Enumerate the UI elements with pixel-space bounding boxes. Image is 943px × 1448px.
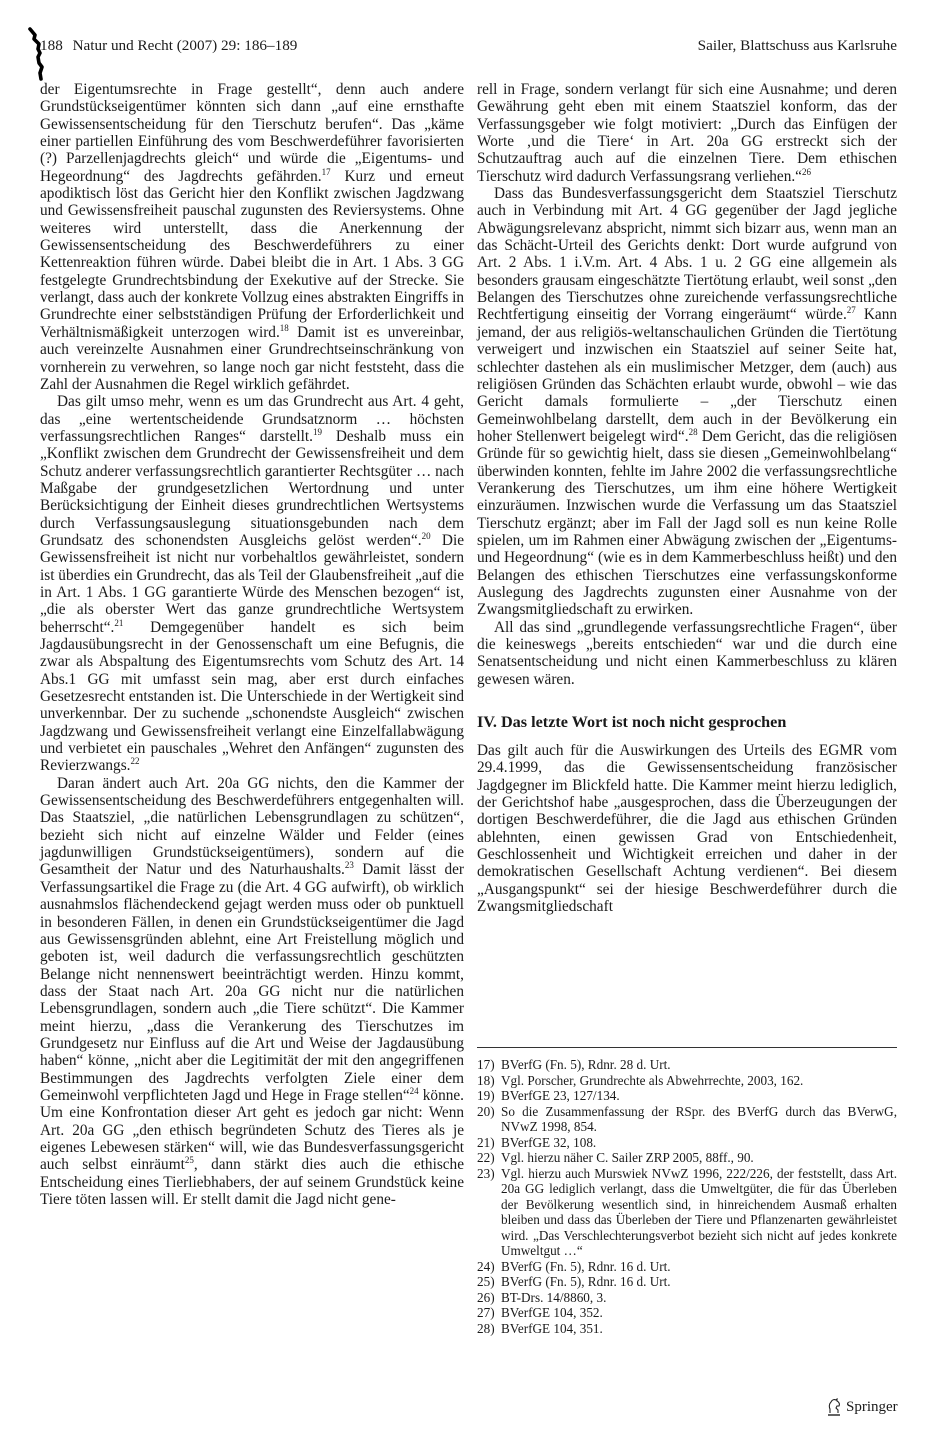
body-paragraph: Das gilt umso mehr, wenn es um das Grund… <box>40 393 464 775</box>
right-column-body-after-heading: Das gilt auch für die Auswirkungen des U… <box>477 742 897 915</box>
footnote-item: 27)BVerfGE 104, 352. <box>477 1305 897 1321</box>
footnote-reference: 26 <box>802 167 811 177</box>
springer-horse-logo-icon <box>826 1398 842 1416</box>
left-text-column: der Eigentumsrechte in Frage gestellt“, … <box>40 81 464 1208</box>
footnote-text: BT-Drs. 14/8860, 3. <box>501 1290 897 1306</box>
paragraph-text: Kurz und erneut apodiktisch löst das Ger… <box>40 168 464 341</box>
paragraph-text: Kann jemand, der aus religiös-weltanscha… <box>477 306 897 444</box>
footnote-item: 18)Vgl. Porscher, Grundrechte als Abwehr… <box>477 1073 897 1089</box>
footnote-item: 21)BVerfGE 32, 108. <box>477 1135 897 1151</box>
footnote-text: BVerfGE 32, 108. <box>501 1135 897 1151</box>
body-paragraph: Das gilt auch für die Auswirkungen des U… <box>477 742 897 915</box>
footnote-reference: 22 <box>130 756 139 766</box>
footnote-text: BVerfG (Fn. 5), Rdnr. 28 d. Urt. <box>501 1057 897 1073</box>
body-paragraph: Daran ändert auch Art. 20a GG nichts, de… <box>40 775 464 1209</box>
body-paragraph: Dass das Bundesverfassungsgericht dem St… <box>477 185 897 619</box>
footnote-text: Vgl. hierzu auch Murswiek NVwZ 1996, 222… <box>501 1166 897 1259</box>
footnote-number: 17) <box>477 1057 501 1073</box>
footnote-number: 18) <box>477 1073 501 1089</box>
footnote-number: 24) <box>477 1259 501 1275</box>
footnote-text: Vgl. Porscher, Grundrechte als Abwehrrec… <box>501 1073 897 1089</box>
footnote-number: 19) <box>477 1088 501 1104</box>
journal-citation: Natur und Recht (2007) 29: 186–189 <box>73 37 298 54</box>
footnote-number: 21) <box>477 1135 501 1151</box>
page-number: 188 <box>40 37 63 54</box>
footnote-divider <box>477 1047 897 1048</box>
footnote-reference: 21 <box>114 618 123 628</box>
footnote-reference: 23 <box>345 860 354 870</box>
footnote-reference: 25 <box>185 1155 194 1165</box>
footnote-text: Vgl. hierzu näher C. Sailer ZRP 2005, 88… <box>501 1150 897 1166</box>
publisher-name: Springer <box>846 1399 898 1416</box>
footnote-text: BVerfGE 104, 351. <box>501 1321 897 1337</box>
footnote-item: 25)BVerfG (Fn. 5), Rdnr. 16 d. Urt. <box>477 1274 897 1290</box>
footnote-text: BVerfG (Fn. 5), Rdnr. 16 d. Urt. <box>501 1259 897 1275</box>
footnote-item: 28)BVerfGE 104, 351. <box>477 1321 897 1337</box>
footnote-text: So die Zusammenfassung der RSpr. des BVe… <box>501 1104 897 1135</box>
footnote-item: 17)BVerfG (Fn. 5), Rdnr. 28 d. Urt. <box>477 1057 897 1073</box>
header-left: 188 Natur und Recht (2007) 29: 186–189 <box>40 36 303 56</box>
footnote-reference: 24 <box>410 1086 419 1096</box>
paragraph-text: Deshalb muss ein „Konflikt zwischen dem … <box>40 428 464 549</box>
footnote-number: 22) <box>477 1150 501 1166</box>
paragraph-text: rell in Frage, sondern verlangt für sich… <box>477 81 897 185</box>
section-heading: IV. Das letzte Wort ist noch nicht gespr… <box>477 712 897 732</box>
body-paragraph: All das sind „grundlegende verfassungsre… <box>477 619 897 688</box>
right-column-body-before-heading: rell in Frage, sondern verlangt für sich… <box>477 81 897 688</box>
footnote-text: BVerfGE 104, 352. <box>501 1305 897 1321</box>
footnote-number: 23) <box>477 1166 501 1259</box>
footnote-text: BVerfGE 23, 127/134. <box>501 1088 897 1104</box>
running-header: 188 Natur und Recht (2007) 29: 186–189 S… <box>40 36 897 56</box>
footnote-item: 19)BVerfGE 23, 127/134. <box>477 1088 897 1104</box>
footnote-item: 20)So die Zusammenfassung der RSpr. des … <box>477 1104 897 1135</box>
paragraph-text: Dass das Bundesverfassungsgericht dem St… <box>477 185 897 323</box>
footnote-reference: 19 <box>313 427 322 437</box>
footnotes-list: 17)BVerfG (Fn. 5), Rdnr. 28 d. Urt.18)Vg… <box>477 1057 897 1336</box>
footnote-number: 25) <box>477 1274 501 1290</box>
body-paragraph: der Eigentumsrechte in Frage gestellt“, … <box>40 81 464 393</box>
footnote-reference: 20 <box>422 531 431 541</box>
paragraph-text: Demgegenüber handelt es sich beim Jagdau… <box>40 619 464 775</box>
footnote-number: 27) <box>477 1305 501 1321</box>
footnote-reference: 27 <box>847 305 856 315</box>
running-title: Sailer, Blattschuss aus Karlsruhe <box>698 36 897 56</box>
footnote-text: BVerfG (Fn. 5), Rdnr. 16 d. Urt. <box>501 1274 897 1290</box>
right-text-column: rell in Frage, sondern verlangt für sich… <box>477 81 897 915</box>
paragraph-text: Dem Gericht, das die religiösen Gründe f… <box>477 428 897 618</box>
footnote-reference: 28 <box>689 427 698 437</box>
footnote-number: 28) <box>477 1321 501 1337</box>
footnote-item: 23)Vgl. hierzu auch Murswiek NVwZ 1996, … <box>477 1166 897 1259</box>
footnote-number: 20) <box>477 1104 501 1135</box>
paragraph-text: All das sind „grundlegende verfassungsre… <box>477 619 897 688</box>
footnote-item: 24)BVerfG (Fn. 5), Rdnr. 16 d. Urt. <box>477 1259 897 1275</box>
body-paragraph: rell in Frage, sondern verlangt für sich… <box>477 81 897 185</box>
paragraph-text: Damit lässt der Verfassungsartikel die F… <box>40 861 464 1103</box>
footnote-item: 22)Vgl. hierzu näher C. Sailer ZRP 2005,… <box>477 1150 897 1166</box>
footnote-reference: 18 <box>280 323 289 333</box>
footnote-item: 26)BT-Drs. 14/8860, 3. <box>477 1290 897 1306</box>
footnote-number: 26) <box>477 1290 501 1306</box>
paragraph-text: Das gilt auch für die Auswirkungen des U… <box>477 742 897 915</box>
publisher-logo: Springer <box>826 1398 898 1416</box>
footnote-reference: 17 <box>322 167 331 177</box>
